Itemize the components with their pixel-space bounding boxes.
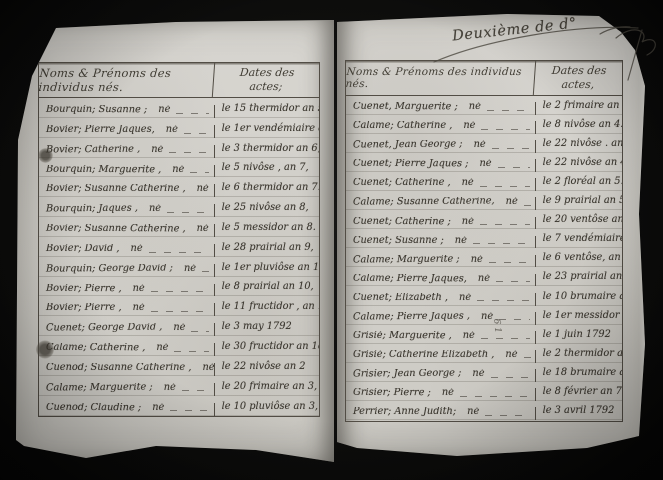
entry-date-cell: le 5 messidor an 8.	[215, 215, 319, 237]
entry-names-cell: Cuenod; Susanne Catherine ,né	[39, 363, 215, 376]
entry-dash-filler	[473, 238, 530, 244]
entry-ne-label: né	[133, 303, 145, 313]
entry-ne-label: né	[197, 224, 209, 234]
entry-date: le 20 frimaire an 3,	[222, 381, 318, 392]
entry-names-cell: Grisier; Jean George ;né	[346, 369, 536, 382]
entry-ne-label: né	[173, 323, 185, 333]
entry-names-cell: Calame; Catherine ,né	[346, 121, 536, 134]
entry-date: le 6 ventôse, an 8.	[543, 252, 622, 263]
entry-ne-label: né	[164, 383, 176, 393]
entry-dash-filler	[524, 353, 532, 359]
entry-name: Calame; Catherine ,	[46, 343, 145, 353]
entry-dash-filler	[498, 162, 530, 168]
book-scan-photo: Noms & Prénoms des individus nés. Dates …	[0, 0, 663, 480]
entry-name: Bovier; Catherine ,	[46, 145, 140, 155]
entry-ne-label: né	[455, 236, 467, 246]
entry-ne-label: né	[202, 363, 214, 373]
entry-dash-filler	[477, 296, 529, 302]
entry-names-cell: Cuenet; Catherine ,né	[346, 178, 536, 191]
entry-dash-filler	[149, 247, 209, 253]
entry-ne-label: né	[166, 125, 178, 135]
entry-dash-filler	[460, 391, 530, 397]
entry-name: Bovier; Pierre ,	[46, 303, 122, 313]
entry-dash-filler	[151, 286, 209, 292]
register-row: Cuenod; Claudine ;néle 10 pluviôse an 3,	[39, 396, 319, 416]
entry-dash-filler	[184, 128, 209, 134]
entry-name: Calame; Marguerite ;	[46, 383, 153, 393]
entry-name: Cuenod; Susanne Catherine ,	[46, 363, 191, 373]
entry-name: Bourquin; George David ;	[46, 264, 173, 274]
entry-date-cell: le 11 fructidor , an 10,	[215, 294, 319, 316]
register-row: Perrier; Anne Judith;néle 3 avril 1792	[346, 401, 622, 420]
entry-dash-filler	[496, 276, 530, 282]
entry-date-cell: le 1er pluviôse an 10,	[215, 255, 319, 277]
entry-ne-label: né	[149, 204, 161, 214]
entry-names-cell: Perrier; Anne Judith;né	[346, 407, 536, 420]
entry-dash-filler	[491, 372, 530, 378]
entry-ne-label: né	[197, 184, 209, 194]
entry-ne-label: né	[505, 350, 517, 360]
entry-date: le 9 prairial an 5.	[543, 195, 622, 206]
entry-ne-label: né	[152, 403, 164, 413]
entry-date: le 3 thermidor an 6,	[222, 143, 319, 154]
entry-date: le 3 avril 1792	[543, 405, 615, 416]
entry-date: le 10 brumaire an 9.	[543, 291, 622, 302]
entry-dash-filler	[480, 181, 530, 187]
entry-names-cell: Grisié; Catherine Elizabeth ,né	[346, 350, 536, 363]
entry-dash-filler	[182, 386, 209, 392]
entry-names-cell: Calame; Catherine ,né	[39, 343, 215, 356]
entry-names-cell: Bourquin; Marguerite ,né	[39, 165, 215, 178]
entry-dash-filler	[480, 219, 530, 225]
entry-date-cell: le 1er vendémiaire an 6,	[215, 116, 319, 138]
right-register-rows: Cuenet, Marguerite ;néle 2 frimaire an 4…	[346, 96, 622, 421]
entry-names-cell: Grisié; Marguerite ,né	[346, 331, 536, 344]
entry-date: le 15 thermidor an 5	[222, 103, 319, 114]
entry-date: le 8 prairial an 10,	[222, 281, 314, 292]
entry-ne-label: né	[184, 264, 196, 274]
entry-ne-label: né	[151, 145, 163, 155]
entry-name: Bovier; Pierre ,	[46, 284, 122, 294]
left-register-table: Noms & Prénoms des individus nés. Dates …	[38, 62, 320, 417]
entry-names-cell: Cuenet; Susanne ;né	[346, 236, 536, 249]
entry-ne-label: né	[472, 369, 484, 379]
entry-name: Calame; Pierre Jaques,	[353, 274, 467, 284]
entry-date-cell: le 20 frimaire an 3,	[215, 374, 319, 396]
entry-date: le 8 nivôse an 4.	[543, 119, 622, 130]
entry-date-cell: le 10 pluviôse an 3,	[215, 394, 319, 416]
entry-names-cell: Cuenet, Jean George ;né	[346, 140, 536, 153]
entry-date-cell: le 25 nivôse an 8,	[215, 195, 319, 217]
entry-date: le 22 nivôse an 4.	[543, 157, 622, 168]
entry-ne-label: né	[156, 343, 168, 353]
entry-ne-label: né	[471, 255, 483, 265]
entry-name: Bovier; Susanne Catherine ,	[46, 184, 186, 194]
entry-name: Bourquin; Marguerite ,	[46, 165, 161, 175]
entry-date: le 7 vendémiaire an 8.	[543, 233, 622, 244]
entry-name: Calame; Pierre Jaques ,	[353, 312, 470, 322]
entry-date: le 5 nivôse , an 7,	[222, 162, 309, 173]
entry-date: le 22 nivôse . an 4.	[543, 138, 622, 149]
entry-dash-filler	[191, 326, 208, 332]
marginal-pencil-mark: 61	[483, 318, 503, 340]
entry-names-cell: Bourquin; George David ;né	[39, 264, 215, 277]
entry-ne-label: né	[442, 388, 454, 398]
entry-ne-label: né	[133, 284, 145, 294]
entry-name: Calame; Susanne Catherine,	[353, 197, 495, 207]
entry-dash-filler	[169, 148, 208, 154]
entry-ne-label: né	[467, 407, 479, 417]
entry-dash-filler	[176, 108, 208, 114]
entry-date: le 5 messidor an 8.	[222, 222, 316, 233]
entry-dash-filler	[151, 306, 209, 312]
entry-dash-filler	[489, 257, 530, 263]
entry-names-cell: Bovier; Catherine ,né	[39, 145, 215, 158]
left-header-dates-line1: Dates des	[239, 66, 295, 80]
entry-name: Bovier; Pierre Jaques,	[46, 125, 155, 135]
entry-date: le 30 fructidor an 1er	[222, 341, 319, 352]
entry-ne-label: né	[462, 178, 474, 188]
entry-names-cell: Cuenod; Claudine ;né	[39, 403, 215, 416]
entry-date: le 2 floréal an 5.	[543, 176, 622, 187]
entry-name: Cuenet; Catherine ;	[353, 217, 451, 227]
entry-date: le 2 thermidor an 2.	[543, 348, 622, 359]
entry-name: Cuenod; Claudine ;	[46, 403, 141, 413]
entry-names-cell: Cuenet; Catherine ;né	[346, 217, 536, 230]
entry-date-cell: le 6 thermidor an 7.	[215, 175, 319, 197]
entry-names-cell: Bovier; Pierre ,né	[39, 284, 215, 297]
entry-names-cell: Bourquin; Susanne ;né	[39, 105, 215, 118]
entry-date-cell: le 28 prairial an 9,	[215, 235, 319, 257]
entry-names-cell: Grisier; Pierre ;né	[346, 388, 536, 401]
entry-date: le 1 juin 1792	[543, 329, 611, 340]
entry-name: Cuenet, Jean George ;	[353, 140, 463, 150]
entry-dash-filler	[492, 143, 530, 149]
entry-names-cell: Calame; Marguerite ;né	[39, 383, 215, 396]
entry-date: le 8 février an 7.	[543, 386, 622, 397]
entry-dash-filler	[167, 207, 209, 213]
left-header-names: Noms & Prénoms des individus nés.	[38, 63, 215, 97]
entry-date: le 11 fructidor , an 10,	[222, 301, 319, 312]
left-table-header: Noms & Prénoms des individus nés. Dates …	[39, 63, 319, 98]
entry-date: le 1er pluviôse an 10,	[222, 262, 319, 273]
entry-name: Calame; Marguerite ;	[353, 255, 460, 265]
entry-ne-label: né	[479, 159, 491, 169]
left-page: Noms & Prénoms des individus nés. Dates …	[16, 20, 334, 462]
entry-dash-filler	[481, 124, 529, 130]
entry-date: le 1er vendémiaire an 6,	[222, 123, 319, 134]
entry-ne-label: né	[506, 197, 518, 207]
entry-ne-label: né	[172, 165, 184, 175]
entry-dash-filler	[190, 167, 208, 173]
left-header-dates: Dates des actes;	[213, 63, 321, 97]
entry-name: Cuenet; George David ,	[46, 323, 162, 333]
entry-date-cell: le 5 nivôse , an 7,	[215, 155, 319, 177]
entry-ne-label: né	[131, 244, 143, 254]
entry-dash-filler	[499, 315, 529, 321]
entry-name: Calame; Catherine ,	[353, 121, 452, 131]
entry-date: le 10 pluviôse an 3,	[222, 401, 318, 412]
entry-names-cell: Bovier; Pierre Jaques,né	[39, 125, 215, 138]
left-register-rows: Bourquin; Susanne ;néle 15 thermidor an …	[39, 98, 319, 416]
entry-dash-filler	[170, 406, 208, 412]
entry-date: le 3 may 1792	[222, 321, 292, 332]
entry-date: le 18 brumaire an 5.	[543, 367, 622, 378]
entry-date-cell: le 15 thermidor an 5	[215, 96, 319, 118]
entry-names-cell: Bovier; David ,né	[39, 244, 215, 257]
entry-names-cell: Calame; Marguerite ;né	[346, 255, 536, 268]
entry-name: Cuenet; Susanne ;	[353, 236, 444, 246]
entry-dash-filler	[485, 410, 529, 416]
entry-name: Cuenet; Elizabeth ,	[353, 293, 448, 303]
entry-names-cell: Bovier; Susanne Catherine ,né	[39, 224, 215, 237]
entry-names-cell: Bourquin; Jaques ,né	[39, 204, 215, 217]
entry-date: le 28 prairial an 9,	[222, 242, 314, 253]
entry-name: Cuenet; Catherine ,	[353, 178, 451, 188]
entry-ne-label: né	[474, 140, 486, 150]
entry-names-cell: Cuenet; Elizabeth ,né	[346, 293, 536, 306]
entry-name: Bourquin; Jaques ,	[46, 204, 138, 214]
entry-name: Cuenet; Pierre Jaques ;	[353, 159, 469, 169]
entry-date-cell: le 30 fructidor an 1er	[215, 334, 319, 356]
right-register-table: Noms & Prénoms des individus nés. Dates …	[345, 60, 623, 422]
entry-date: le 20 ventôse an 7.	[543, 214, 622, 225]
entry-dash-filler	[174, 346, 208, 352]
entry-name: Grisier; Pierre ;	[353, 388, 431, 398]
entry-ne-label: né	[478, 274, 490, 284]
entry-date-cell: le 22 nivôse an 2	[215, 354, 319, 376]
entry-date-cell: le 3 avril 1792	[536, 398, 622, 420]
entry-ne-label: né	[463, 331, 475, 341]
entry-date: le 23 prairial an 8.	[543, 271, 622, 282]
entry-ne-label: né	[459, 293, 471, 303]
entry-date-cell: le 3 may 1792	[215, 314, 319, 336]
entry-names-cell: Cuenet; George David ,né	[39, 323, 215, 336]
entry-dash-filler	[202, 267, 210, 273]
entry-ne-label: né	[158, 105, 170, 115]
left-header-dates-line2: actes;	[249, 80, 283, 94]
entry-name: Grisié; Marguerite ,	[353, 331, 452, 341]
entry-name: Grisié; Catherine Elizabeth ,	[353, 350, 494, 360]
entry-name: Bovier; David ,	[46, 244, 120, 254]
entry-names-cell: Bovier; Susanne Catherine ,né	[39, 184, 215, 197]
entry-name: Perrier; Anne Judith;	[353, 407, 456, 417]
entry-name: Bourquin; Susanne ;	[46, 105, 147, 115]
entry-date: le 1er messidor an 9,	[543, 310, 622, 321]
entry-name: Bovier; Susanne Catherine ,	[46, 224, 186, 234]
entry-date-cell: le 3 thermidor an 6,	[215, 136, 319, 158]
entry-names-cell: Calame; Pierre Jaques,né	[346, 274, 536, 287]
entry-date: le 25 nivôse an 8,	[222, 202, 309, 213]
entry-date: le 22 nivôse an 2	[222, 361, 306, 372]
entry-date-cell: le 8 prairial an 10,	[215, 274, 319, 296]
entry-name: Grisier; Jean George ;	[353, 369, 461, 379]
entry-dash-filler	[524, 200, 532, 206]
entry-ne-label: né	[463, 121, 475, 131]
ink-flourish-strokes	[430, 8, 663, 108]
entry-ne-label: né	[462, 217, 474, 227]
entry-names-cell: Calame; Pierre Jaques ,né	[346, 312, 536, 325]
entry-names-cell: Cuenet; Pierre Jaques ;né	[346, 159, 536, 172]
entry-date: le 6 thermidor an 7.	[222, 182, 319, 193]
entry-names-cell: Calame; Susanne Catherine,né	[346, 197, 536, 210]
entry-names-cell: Bovier; Pierre ,né	[39, 303, 215, 316]
